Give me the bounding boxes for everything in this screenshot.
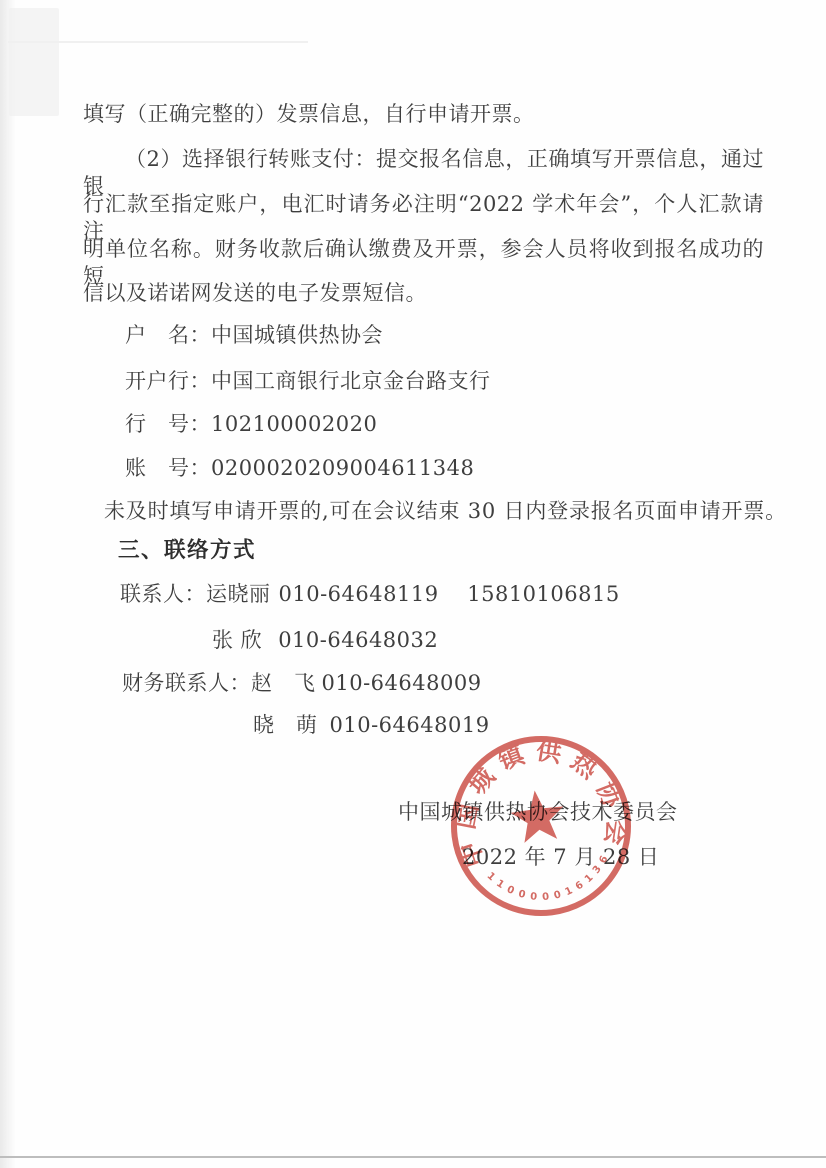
bank-branch-label: 开户行： (125, 369, 211, 393)
invoice-note-line: 未及时填写申请开票的,可在会议结束 30 日内登录报名页面申请开票。 (104, 498, 787, 525)
contact-name: 张 欣 (212, 628, 262, 652)
contact-phone: 010-64648032 (278, 628, 438, 652)
contact-line: 张 欣010-64648032 (212, 627, 438, 654)
contact-phone: 010-64648009 (322, 671, 482, 695)
contact-phone: 010-64648119 15810106815 (279, 582, 620, 606)
bank-number-line: 行 号：102100002020 (125, 411, 377, 438)
contact-name: 运晓丽 (206, 582, 271, 606)
bank-branch-value: 中国工商银行北京金台路支行 (211, 369, 491, 393)
contact-name: 赵 飞 (251, 671, 316, 695)
bank-transfer-line-4: 信以及诺诺网发送的电子发票短信。 (83, 280, 427, 307)
account-number-line: 账 号：0200020209004611348 (125, 455, 474, 482)
star-icon (508, 787, 567, 844)
bank-branch-line: 开户行：中国工商银行北京金台路支行 (125, 368, 491, 395)
scan-corner-shadow (9, 8, 59, 116)
bank-number-value: 102100002020 (211, 412, 377, 436)
contact-line: 财务联系人：赵 飞010-64648009 (122, 670, 482, 697)
contact-section-heading: 三、联络方式 (118, 537, 256, 564)
scan-edge-left (0, 0, 16, 1168)
account-name-label: 户 名： (125, 323, 211, 347)
bank-number-label: 行 号： (125, 412, 211, 436)
official-seal: 中国城镇供热协会 1100000161367 (430, 715, 653, 938)
account-number-label: 账 号： (125, 456, 211, 480)
account-name-value: 中国城镇供热协会 (211, 323, 383, 347)
scanned-document-page: 填写（正确完整的）发票信息，自行申请开票。 （2）选择银行转账支付：提交报名信息… (0, 0, 826, 1168)
contact-label: 财务联系人： (122, 671, 251, 695)
contact-line: 联系人：运晓丽010-64648119 15810106815 (120, 581, 620, 608)
paragraph-end-line: 填写（正确完整的）发票信息，自行申请开票。 (83, 101, 535, 128)
account-number-value: 0200020209004611348 (211, 456, 474, 480)
contact-name: 晓 萌 (253, 713, 318, 737)
scan-line-artifact (8, 41, 308, 43)
scan-edge-bottom (0, 1156, 826, 1158)
contact-label: 联系人： (120, 582, 206, 606)
bank-account-name-line: 户 名：中国城镇供热协会 (125, 322, 383, 349)
